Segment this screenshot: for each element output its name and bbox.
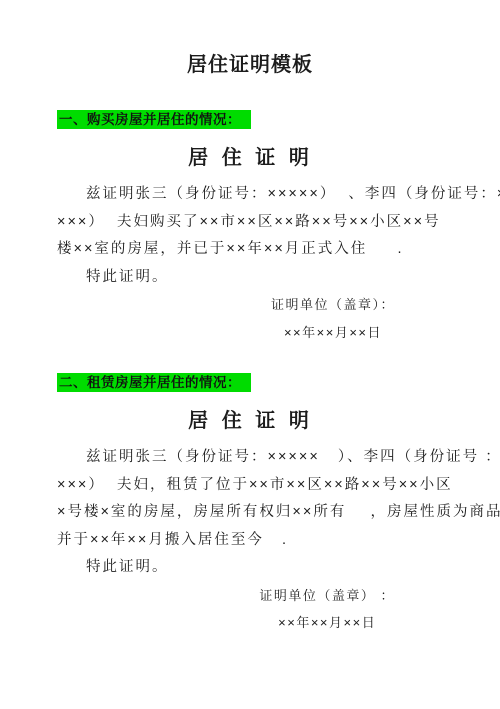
closing-line: 特此证明。: [57, 264, 443, 292]
section-1-signature-block: 证明单位（盖章）： ××年××月××日: [271, 291, 395, 346]
section-2-certificate-title: 居 住 证 明: [57, 408, 443, 434]
document-title: 居住证明模板: [57, 52, 443, 78]
section-2-body: 兹证明张三（身份证号：××××× ）、李四（身份证号 ：×× ×××） 夫妇，租…: [57, 444, 443, 637]
body-line: 楼××室的房屋，并已于××年××月正式入住 .: [57, 236, 443, 264]
section-1-heading-row: 一、购买房屋并居住的情况：: [57, 110, 443, 129]
body-line: 兹证明张三（身份证号：×××××） 、李四（身份证号：××: [57, 181, 443, 209]
sign-unit-line: 证明单位（盖章） ：: [259, 582, 395, 610]
section-1-body: 兹证明张三（身份证号：×××××） 、李四（身份证号：×× ×××） 夫妇购买了…: [57, 181, 443, 346]
body-line: ×号楼×室的房屋，房屋所有权归××所有 ，房屋性质为商品房，: [57, 499, 443, 527]
body-line: ×××） 夫妇，租赁了位于××市××区××路××号××小区: [57, 472, 443, 500]
section-2-signature-block: 证明单位（盖章） ： ××年××月××日: [259, 582, 395, 637]
sign-date-line: ××年××月××日: [284, 319, 382, 347]
body-line: 并于××年××月搬入居住至今 .: [57, 527, 443, 555]
body-line: ×××） 夫妇购买了××市××区××路××号××小区××号: [57, 209, 443, 237]
document-page: 居住证明模板 一、购买房屋并居住的情况： 居 住 证 明 兹证明张三（身份证号：…: [0, 0, 500, 709]
section-1-highlighted-heading: 一、购买房屋并居住的情况：: [57, 110, 251, 129]
closing-line: 特此证明。: [57, 554, 443, 582]
sign-date-line: ××年××月××日: [278, 609, 376, 637]
section-purchase: 一、购买房屋并居住的情况： 居 住 证 明 兹证明张三（身份证号：×××××） …: [57, 110, 443, 346]
section-2-highlighted-heading: 二、租赁房屋并居住的情况：: [57, 373, 251, 392]
section-2-heading-row: 二、租赁房屋并居住的情况：: [57, 373, 443, 392]
sign-unit-line: 证明单位（盖章）：: [271, 291, 395, 319]
section-1-certificate-title: 居 住 证 明: [57, 145, 443, 171]
section-rental: 二、租赁房屋并居住的情况： 居 住 证 明 兹证明张三（身份证号：××××× ）…: [57, 373, 443, 637]
body-line: 兹证明张三（身份证号：××××× ）、李四（身份证号 ：××: [57, 444, 443, 472]
